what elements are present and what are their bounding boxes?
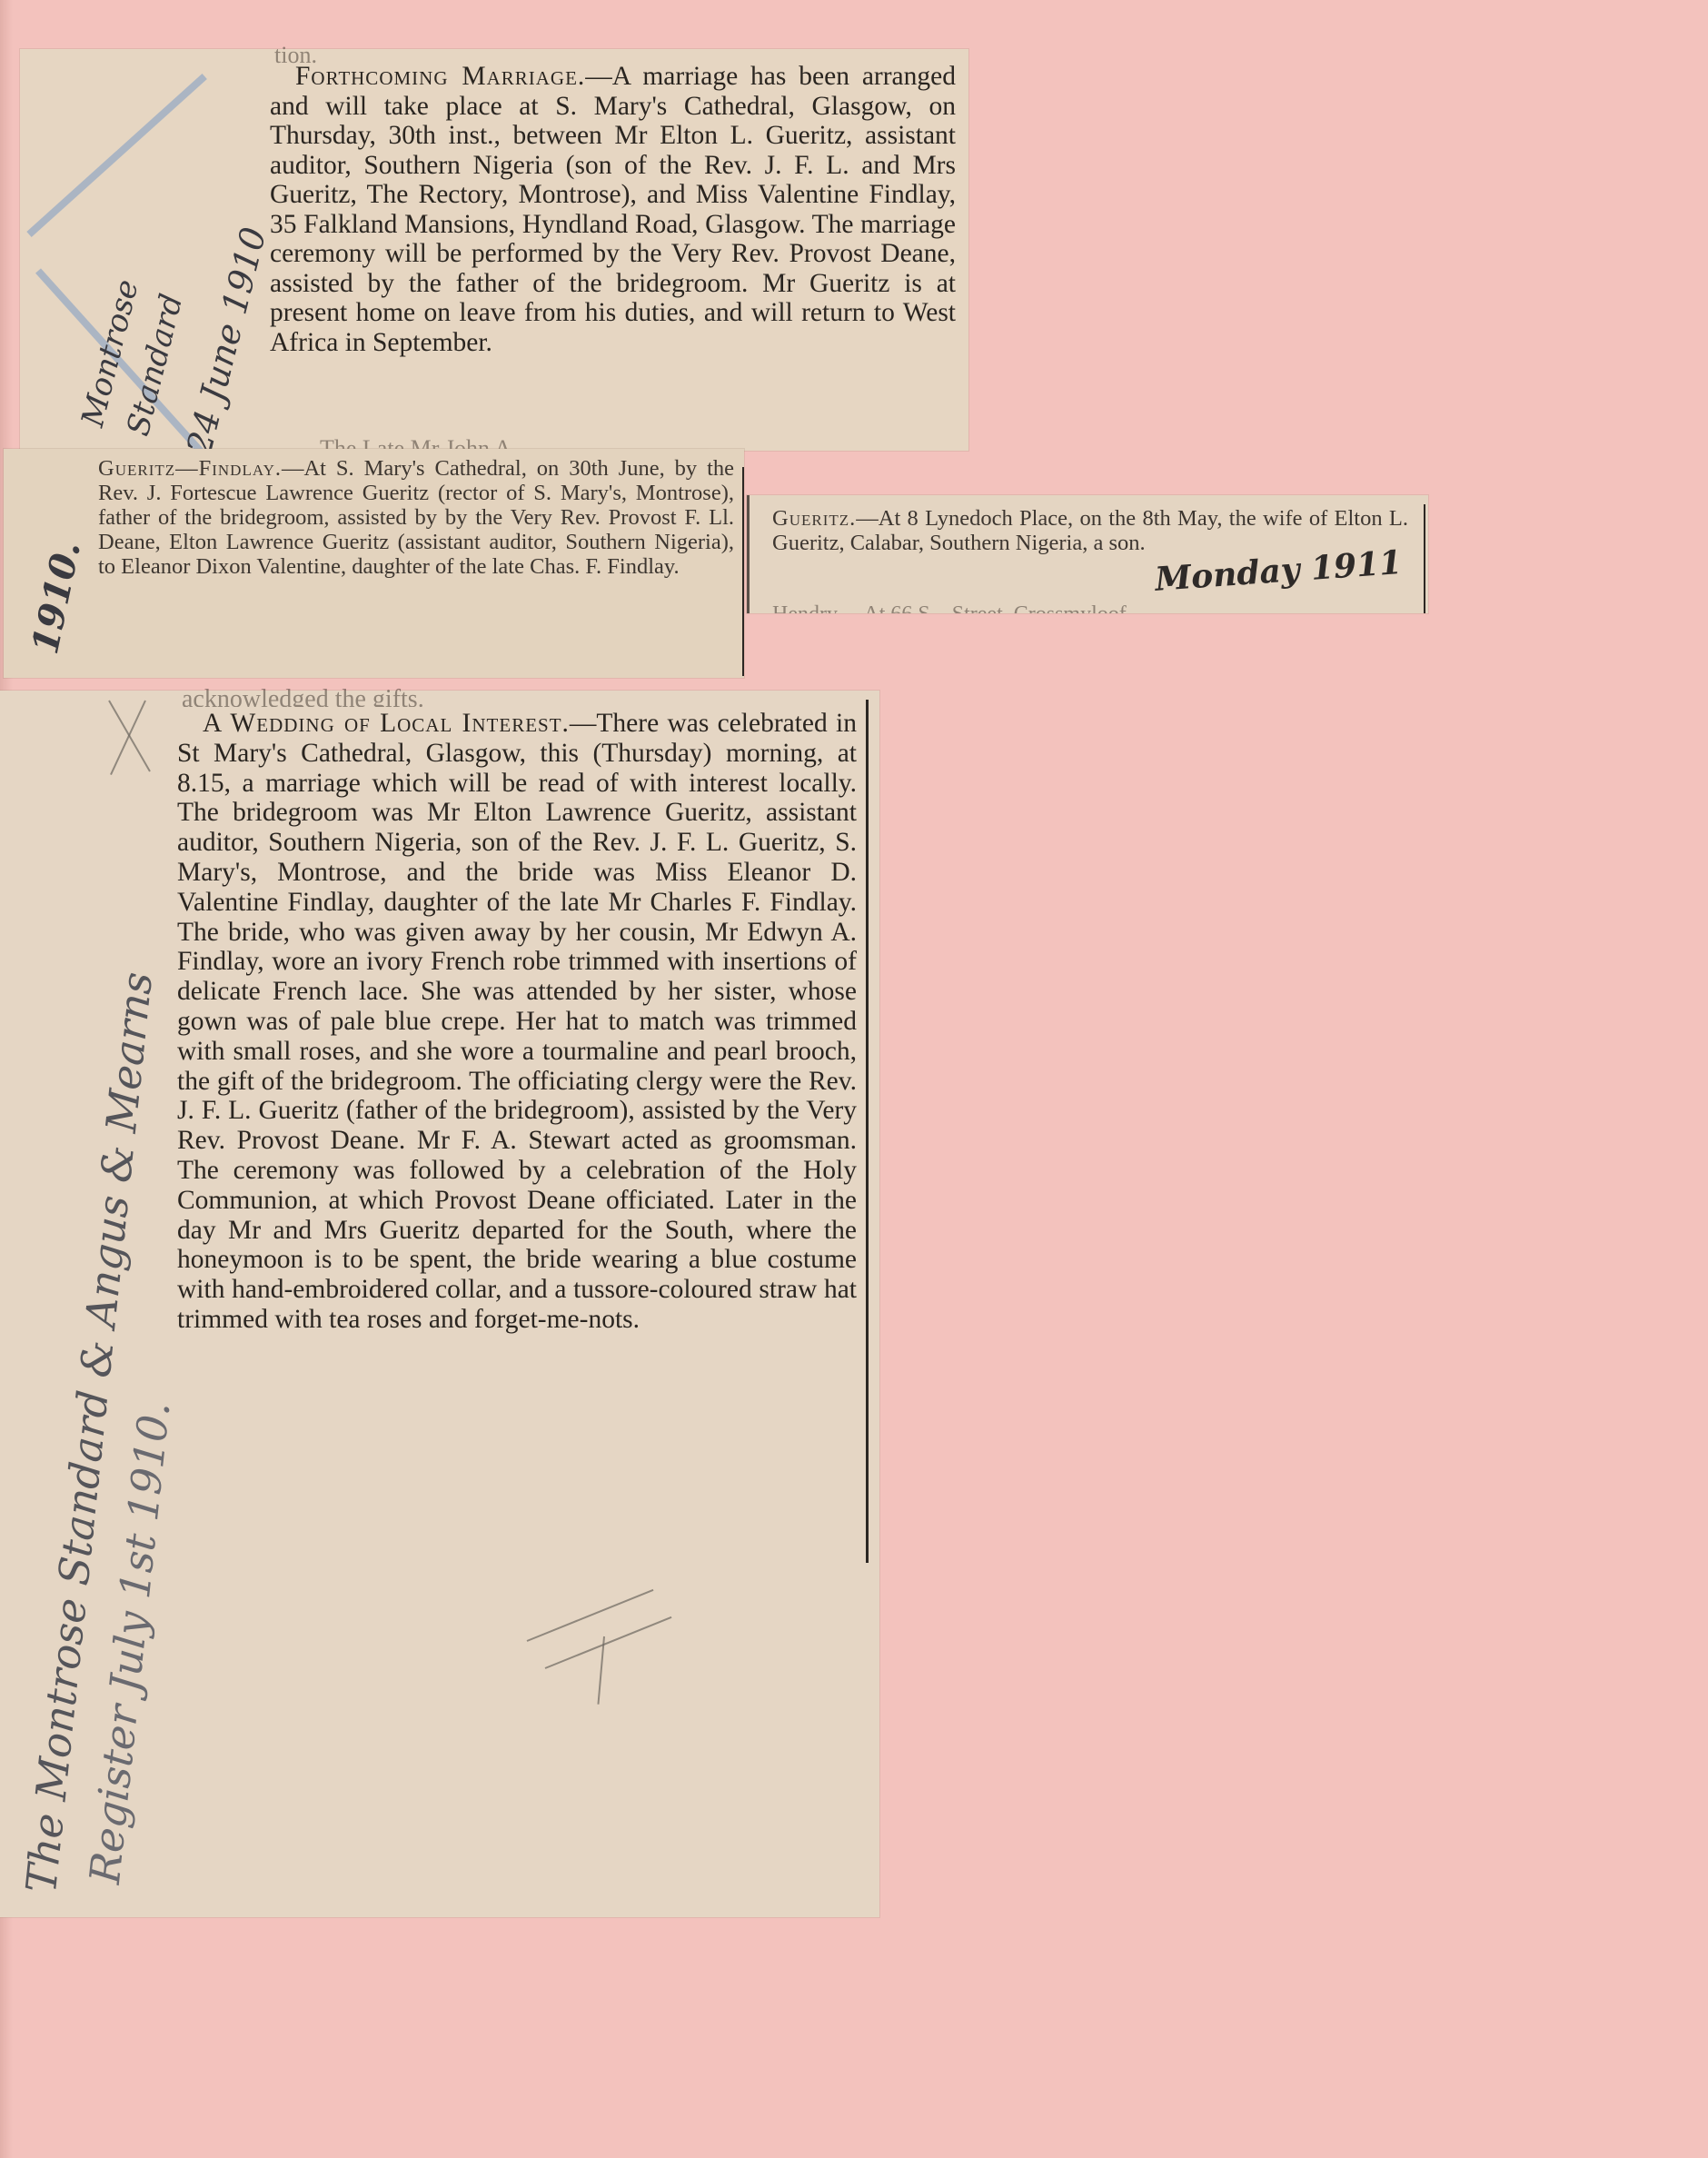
handwritten-year-note: 1910. bbox=[24, 537, 89, 657]
column-rule bbox=[742, 467, 744, 676]
announcement-text: Gueritz.—At 8 Lynedoch Place, on the 8th… bbox=[772, 506, 1408, 555]
article-text: A Wedding of Local Interest.—There was c… bbox=[177, 709, 857, 1335]
handwritten-date-note: 24 June 1910 bbox=[179, 224, 274, 459]
clipping-forthcoming-marriage: Montrose Standard 24 June 1910 tion. For… bbox=[20, 49, 968, 451]
partial-text-top: acknowledged the gifts. bbox=[182, 685, 424, 707]
column-rule bbox=[1424, 504, 1425, 613]
clipping-wedding-local-interest: The Montrose Standard & Angus & Mearns R… bbox=[0, 691, 879, 1917]
article-body: —A marriage has been arranged and will t… bbox=[270, 62, 956, 357]
announcement-body: —At 8 Lynedoch Place, on the 8th May, th… bbox=[772, 506, 1408, 555]
clipping-gueritz-birth: Gueritz.—At 8 Lynedoch Place, on the 8th… bbox=[747, 495, 1428, 613]
article-heading: A Wedding of Local Interest. bbox=[203, 709, 570, 738]
pencil-strike-mark bbox=[527, 1589, 654, 1642]
announcement-text: Gueritz—Findlay.—At S. Mary's Cathedral,… bbox=[98, 456, 734, 579]
article-heading: Forthcoming Marriage. bbox=[295, 62, 585, 91]
announcement-heading: Gueritz—Findlay. bbox=[98, 456, 282, 481]
partial-text-bottom: Hendry.—At 66 S... Street, Crossmyloof bbox=[772, 602, 1127, 613]
blue-pencil-stroke bbox=[26, 74, 207, 237]
announcement-heading: Gueritz. bbox=[772, 506, 856, 531]
article-body: —There was celebrated in St Mary's Cathe… bbox=[177, 709, 857, 1334]
article-text: Forthcoming Marriage.—A marriage has bee… bbox=[270, 62, 956, 357]
column-rule bbox=[866, 700, 869, 1563]
clipping-gueritz-findlay: 1910. Gueritz—Findlay.—At S. Mary's Cath… bbox=[4, 449, 744, 678]
column-rule bbox=[747, 495, 750, 613]
